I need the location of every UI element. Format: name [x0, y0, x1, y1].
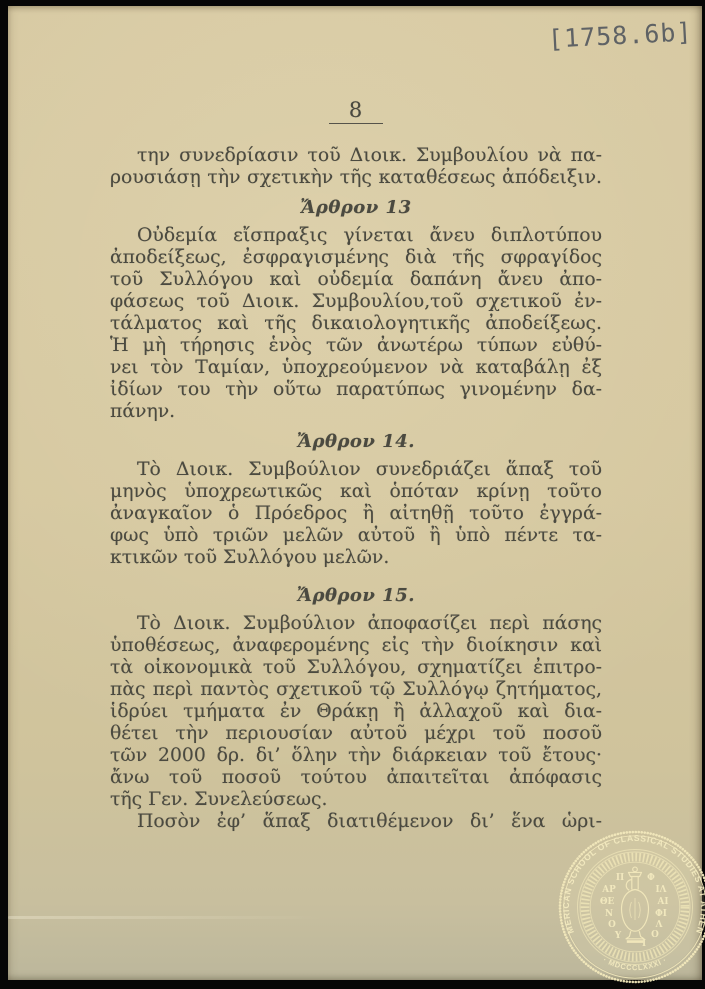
paper-crease	[8, 916, 327, 919]
text-line: ἄνω τοῦ ποσοῦ τούτου ἀπαιτεῖται ἀπόφασις	[110, 767, 602, 789]
text-line: φάσεως τοῦ Διοικ. Συμβουλίου,τοῦ σχετικο…	[110, 291, 602, 313]
text-line: κτικῶν τοῦ Συλλόγου μελῶν.	[110, 547, 602, 569]
paragraph: Τὸ Διοικ. Συμβούλιον συνεδριάζει ἅπαξ το…	[110, 459, 602, 569]
article-heading: Ἄρθρον 15.	[110, 585, 602, 607]
paragraph: Τὸ Διοικ. Συμβούλιον ἀποφασίζει περὶ πάσ…	[110, 613, 602, 811]
text-content: την συνεδρίασιν τοῦ Διοικ. Συμβουλίου νὰ…	[110, 145, 602, 833]
text-line: Ἡ μὴ τήρησις ἑνὸς τῶν ἀνωτέρω τύπων εὐθύ…	[110, 335, 602, 357]
text-line: ἰδίων του τὴν οὕτω παρατύπως γινομένην δ…	[110, 379, 602, 401]
scanned-page: [1758.6b] 8 την συνεδρίασιν τοῦ Διοικ. Σ…	[0, 0, 705, 989]
seal-letter-right: Λ	[655, 920, 663, 930]
text-line: τὰ οἰκονομικὰ τοῦ Συλλόγου, σχηματίζει ἐ…	[110, 657, 602, 679]
text-line: την συνεδρίασιν τοῦ Διοικ. Συμβουλίου νὰ…	[110, 145, 602, 167]
handwritten-catalog-number: [1758.6b]	[547, 17, 693, 54]
library-stamp-icon: AMERICAN SCHOOL OF CLASSICAL STUDIES AT …	[555, 827, 705, 987]
text-line: φως ὑπὸ τριῶν μελῶν αὐτοῦ ἢ ὑπὸ πέντε τα…	[110, 525, 602, 547]
seal-letter-left: ΘΕ	[600, 897, 615, 907]
seal-letter-left: ΑΡ	[601, 885, 616, 895]
text-line: ὑποθέσεως, ἀναφερομένης εἰς τὴν διοίκησι…	[110, 635, 602, 657]
paragraph: την συνεδρίασιν τοῦ Διοικ. Συμβουλίου νὰ…	[110, 145, 602, 189]
text-line: τῶν 2000 δρ. δι’ ὅλην τὴν διάρκειαν τοῦ …	[110, 745, 602, 767]
page-number: 8	[110, 98, 602, 122]
paper-page: [1758.6b] 8 την συνεδρίασιν τοῦ Διοικ. Σ…	[8, 6, 702, 980]
article-heading: Ἄρθρον 13	[110, 197, 602, 219]
text-line: πὰς περὶ παντὸς σχετικοῦ τῷ Συλλόγῳ ζητή…	[110, 679, 602, 701]
text-line: ἀναγκαῖον ὁ Πρόεδρος ἢ αἰτηθῇ τοῦτο ἐγγρ…	[110, 503, 602, 525]
paragraph: Οὐδεμία εἴσπραξις γίνεται ἄνευ διπλοτύπο…	[110, 225, 602, 423]
text-line: τάλματος καὶ τῆς δικαιολογητικῆς ἀποδείξ…	[110, 313, 602, 335]
seal-letter-left: Ν	[605, 909, 613, 919]
text-line: μηνὸς ὑποχρεωτικῶς καὶ ὁπόταν κρίνῃ τοῦτ…	[110, 481, 602, 503]
seal-letter-left: Υ	[614, 931, 622, 941]
text-line: θέτει τὴν περιουσίαν αὐτοῦ μέχρι τοῦ ποσ…	[110, 723, 602, 745]
text-line: νει τὸν Ταμίαν, ὑποχρεούμενον νὰ καταβάλ…	[110, 357, 602, 379]
page-number-rule	[329, 123, 383, 124]
text-line: ἱδρύει τμήματα ἐν Θράκῃ ἢ ἀλλαχοῦ καὶ δι…	[110, 701, 602, 723]
text-line: Τὸ Διοικ. Συμβούλιον ἀποφασίζει περὶ πάσ…	[110, 613, 602, 635]
article-heading: Ἄρθρον 14.	[110, 431, 602, 453]
seal-letter-right: ΑΙ	[657, 897, 669, 907]
text-line: Τὸ Διοικ. Συμβούλιον συνεδριάζει ἅπαξ το…	[110, 459, 602, 481]
seal-letter-right: ΦΙ	[655, 909, 667, 919]
text-line: τῆς Γεν. Συνελεύσεως.	[110, 789, 602, 811]
text-line: τοῦ Συλλόγου καὶ οὐδεμία δαπάνη ἄνευ ἀπο…	[110, 269, 602, 291]
text-line: πάνην.	[110, 401, 602, 423]
seal-letter-right: ΙΛ	[656, 885, 667, 895]
seal-letter-left: Π	[616, 873, 624, 883]
text-line: ἀποδείξεως, ἐσφραγισμένης διὰ τῆς σφραγί…	[110, 247, 602, 269]
seal-letter-right: Φ	[647, 873, 655, 883]
seal-letter-right: Ο	[651, 930, 659, 940]
text-line: ρουσιάσῃ τὴν σχετικὴν τῆς καταθέσεως ἀπό…	[110, 167, 602, 189]
paragraph: Ποσὸν ἐφ’ ἅπαξ διατιθέμενον δι’ ἕνα ὡρι-	[110, 811, 602, 833]
seal-letter-left: Ο	[608, 920, 616, 930]
text-line: Ποσὸν ἐφ’ ἅπαξ διατιθέμενον δι’ ἕνα ὡρι-	[110, 811, 602, 833]
seal-letter-right: Ι	[642, 939, 646, 949]
text-line: Οὐδεμία εἴσπραξις γίνεται ἄνευ διπλοτύπο…	[110, 225, 602, 247]
page-number-block: 8	[110, 98, 602, 124]
